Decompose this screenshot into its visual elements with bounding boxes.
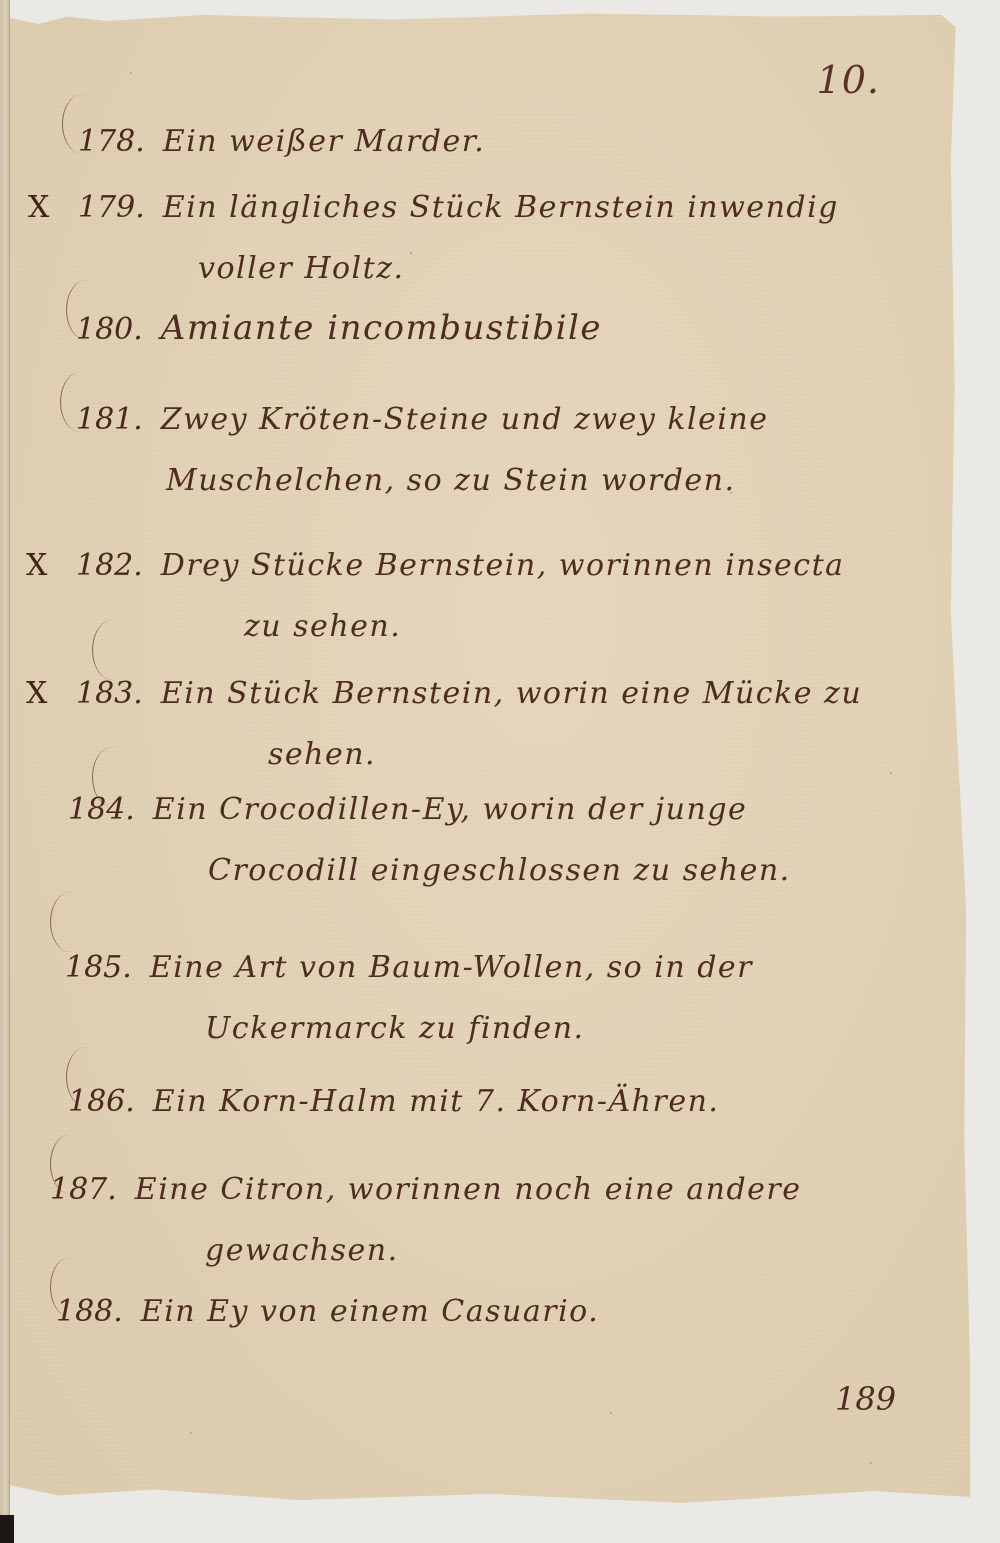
entry-number: 178. xyxy=(78,124,145,159)
entry-178: 178.Ein weißer Marder. xyxy=(78,124,485,159)
entry-text: Ein längliches Stück Bernstein inwendig xyxy=(163,190,839,225)
entry-188: 188.Ein Ey von einem Casuario. xyxy=(56,1294,599,1329)
entry-number: 180. xyxy=(76,312,143,347)
book-binding-edge xyxy=(0,0,10,1543)
entry-number: 181. xyxy=(76,402,143,437)
paper-speck xyxy=(890,772,892,774)
entry-text: Ein Crocodillen-Ey, worin der junge xyxy=(153,792,747,827)
entry-180: 180.Amiante incombustibile xyxy=(76,308,602,348)
paper-speck xyxy=(310,1022,312,1024)
entry-number: 185. xyxy=(65,950,132,985)
entry-number: 187. xyxy=(50,1172,117,1207)
paper-speck xyxy=(130,72,132,74)
entry-number: 182. xyxy=(76,548,143,583)
entry-186: 186.Ein Korn-Halm mit 7. Korn-Ähren. xyxy=(68,1084,719,1119)
paper-speck xyxy=(870,1462,872,1464)
entry-number: 184. xyxy=(68,792,135,827)
entry-continuation: gewachsen. xyxy=(50,1233,802,1268)
folio-number: 10. xyxy=(817,58,880,102)
entry-continuation: voller Holtz. xyxy=(78,251,839,286)
paper-speck xyxy=(730,492,732,494)
entry-flourish xyxy=(50,892,91,952)
entry-number: 188. xyxy=(56,1294,123,1329)
paper-speck xyxy=(610,1412,612,1414)
entry-184: 184.Ein Crocodillen-Ey, worin der junge … xyxy=(68,792,791,888)
entry-number: 179. xyxy=(78,190,145,225)
entry-continuation: zu sehen. xyxy=(76,609,845,644)
entry-text: Eine Citron, worinnen noch eine andere xyxy=(135,1172,802,1207)
entry-187: 187.Eine Citron, worinnen noch eine ande… xyxy=(50,1172,802,1268)
entry-number: 186. xyxy=(68,1084,135,1119)
entry-text: Eine Art von Baum-Wollen, so in der xyxy=(150,950,753,985)
entry-continuation: Uckermarck zu finden. xyxy=(65,1011,753,1046)
entry-number: 183. xyxy=(76,676,143,711)
x-mark-icon: X xyxy=(26,548,47,583)
entry-179: X 179.Ein längliches Stück Bernstein inw… xyxy=(78,190,839,286)
entry-continuation: sehen. xyxy=(76,737,862,772)
entry-181: 181.Zwey Kröten-Steine und zwey kleine M… xyxy=(76,402,769,498)
entry-text: Ein Korn-Halm mit 7. Korn-Ähren. xyxy=(153,1084,720,1119)
entry-text: Drey Stücke Bernstein, worinnen insecta xyxy=(161,548,845,583)
entry-183: X 183.Ein Stück Bernstein, worin eine Mü… xyxy=(76,676,862,772)
entry-text: Ein Stück Bernstein, worin eine Mücke zu xyxy=(161,676,862,711)
catchword: 189 xyxy=(835,1380,896,1418)
manuscript-page: 10. 178.Ein weißer Marder. X 179.Ein län… xyxy=(10,12,970,1512)
entry-text: Zwey Kröten-Steine und zwey kleine xyxy=(161,402,769,437)
binding-shadow xyxy=(0,1515,14,1543)
x-mark-icon: X xyxy=(28,190,49,225)
paper-speck xyxy=(190,1432,192,1434)
entry-text: Ein Ey von einem Casuario. xyxy=(141,1294,599,1329)
entry-continuation: Crocodill eingeschlossen zu sehen. xyxy=(68,853,791,888)
entry-185: 185.Eine Art von Baum-Wollen, so in der … xyxy=(65,950,753,1046)
x-mark-icon: X xyxy=(26,676,47,711)
entry-text: Ein weißer Marder. xyxy=(163,124,486,159)
entry-flourish xyxy=(92,620,133,680)
paper-speck xyxy=(410,252,412,254)
entry-continuation: Muschelchen, so zu Stein worden. xyxy=(76,463,769,498)
entry-text: Amiante incombustibile xyxy=(161,308,602,348)
entry-182: X 182.Drey Stücke Bernstein, worinnen in… xyxy=(76,548,845,644)
